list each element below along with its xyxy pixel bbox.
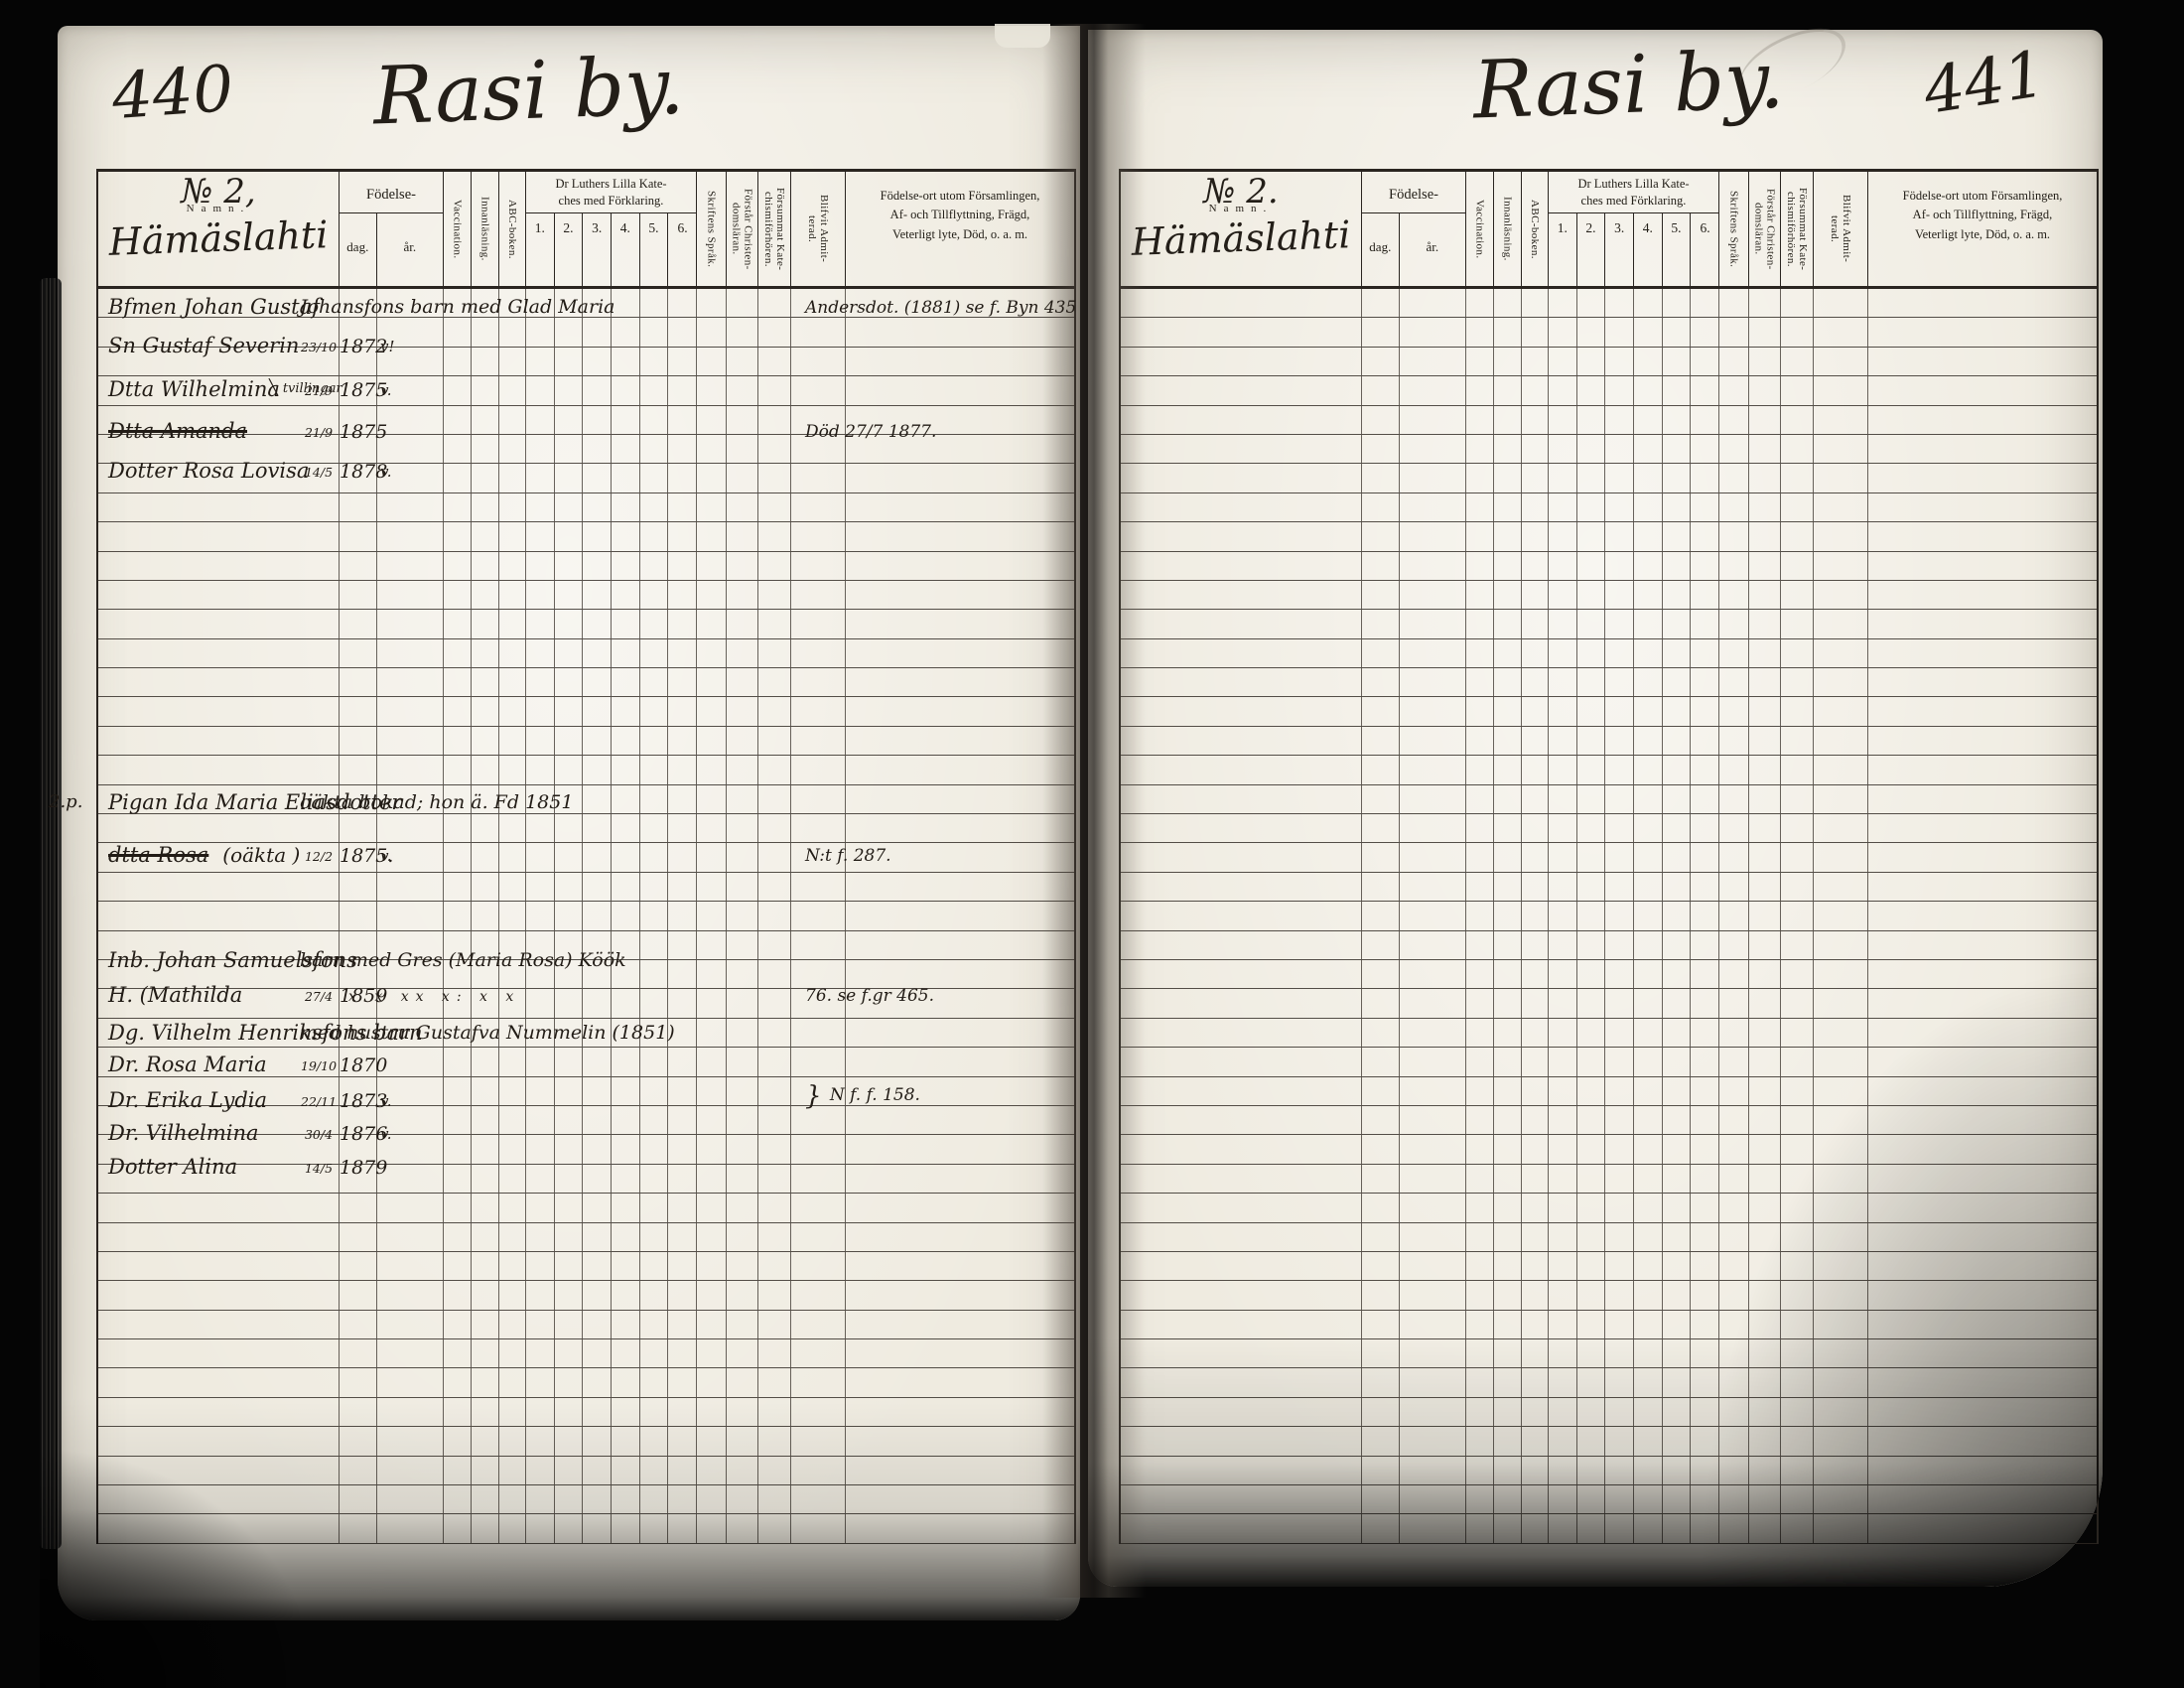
table-cell: [1605, 873, 1634, 901]
table-cell: [583, 1019, 612, 1047]
table-cell: [1522, 406, 1549, 434]
table-cell: [727, 931, 758, 959]
table-cell: [697, 902, 727, 929]
table-cell: [697, 1281, 727, 1309]
table-cell: [444, 639, 472, 667]
table-cell: [612, 697, 640, 725]
kateches-col-5: 5.: [1663, 213, 1692, 286]
table-cell: [444, 522, 472, 550]
table-row: [98, 289, 1074, 318]
table-cell: [727, 1019, 758, 1047]
table-cell: [1121, 785, 1362, 813]
table-cell: [499, 668, 526, 696]
table-cell: [1868, 1252, 2097, 1280]
table-cell: [612, 1485, 640, 1513]
table-cell: [1466, 1019, 1494, 1047]
table-cell: [1605, 376, 1634, 404]
table-cell: [791, 522, 846, 550]
kateches-col-2: 2.: [1577, 213, 1606, 286]
table-cell: [555, 873, 584, 901]
table-cell: [668, 727, 697, 755]
table-cell: [727, 493, 758, 521]
table-cell: [668, 552, 697, 580]
table-cell: [377, 756, 444, 783]
table-cell: [499, 1135, 526, 1163]
table-cell: [1362, 1514, 1400, 1542]
table-cell: [1549, 756, 1577, 783]
table-cell: [1814, 1252, 1868, 1280]
table-cell: [727, 1048, 758, 1075]
table-cell: [526, 1311, 555, 1338]
table-cell: [583, 1281, 612, 1309]
table-cell: [1121, 318, 1362, 346]
table-cell: [1522, 1398, 1549, 1426]
table-cell: [1466, 756, 1494, 783]
table-cell: [697, 435, 727, 463]
table-cell: [526, 902, 555, 929]
table-cell: [697, 581, 727, 609]
table-cell: [1749, 1077, 1781, 1105]
table-cell: [1663, 814, 1692, 842]
table-cell: [340, 1165, 377, 1193]
table-cell: [1549, 1514, 1577, 1542]
table-cell: [1749, 1165, 1781, 1193]
table-cell: [791, 989, 846, 1017]
column-header-vaccination: Vaccination.: [444, 172, 472, 286]
table-cell: [791, 493, 846, 521]
table-cell: [1781, 668, 1814, 696]
table-cell: [526, 376, 555, 404]
table-cell: [1691, 1427, 1719, 1455]
table-cell: [1634, 1485, 1663, 1513]
table-row: [1121, 1485, 2097, 1514]
table-row: [1121, 318, 2097, 347]
table-cell: [1719, 1019, 1749, 1047]
table-cell: [472, 1048, 499, 1075]
table-cell: [1400, 289, 1466, 317]
table-cell: [846, 960, 1074, 988]
table-cell: [98, 435, 340, 463]
table-cell: [727, 1457, 758, 1484]
table-cell: [98, 1427, 340, 1455]
table-cell: [340, 406, 377, 434]
table-cell: [1719, 785, 1749, 813]
table-cell: [1121, 639, 1362, 667]
table-cell: [1691, 843, 1719, 871]
table-cell: [697, 1223, 727, 1251]
table-cell: [340, 1427, 377, 1455]
table-cell: [1605, 1427, 1634, 1455]
table-cell: [758, 1135, 791, 1163]
table-cell: [1781, 289, 1814, 317]
table-row: [1121, 1165, 2097, 1194]
table-cell: [1494, 1457, 1522, 1484]
table-cell: [612, 1106, 640, 1134]
table-cell: [758, 960, 791, 988]
table-cell: [727, 1514, 758, 1542]
table-cell: [377, 639, 444, 667]
table-cell: [1494, 435, 1522, 463]
table-row: [1121, 1457, 2097, 1485]
table-cell: [1400, 1311, 1466, 1338]
table-cell: [1522, 785, 1549, 813]
table-row: [98, 493, 1074, 522]
table-cell: [846, 1485, 1074, 1513]
table-cell: [583, 697, 612, 725]
table-cell: [1577, 756, 1606, 783]
table-cell: [583, 581, 612, 609]
table-cell: [727, 1398, 758, 1426]
table-cell: [697, 1077, 727, 1105]
table-cell: [1719, 814, 1749, 842]
table-cell: [1868, 960, 2097, 988]
table-cell: [1605, 727, 1634, 755]
table-cell: [340, 1223, 377, 1251]
table-row: [1121, 902, 2097, 930]
table-cell: [1605, 1106, 1634, 1134]
table-cell: [1522, 1077, 1549, 1105]
table-cell: [1400, 1252, 1466, 1280]
table-cell: [727, 435, 758, 463]
table-cell: [98, 376, 340, 404]
ar-label: år.: [377, 213, 443, 286]
table-cell: [1605, 610, 1634, 637]
table-cell: [727, 348, 758, 375]
table-cell: [1781, 931, 1814, 959]
table-cell: [1868, 1194, 2097, 1221]
table-cell: [1634, 581, 1663, 609]
table-cell: [555, 1311, 584, 1338]
table-row: [98, 1135, 1074, 1164]
table-cell: [1663, 1019, 1692, 1047]
table-cell: [697, 348, 727, 375]
table-cell: [697, 522, 727, 550]
table-cell: [640, 493, 669, 521]
table-cell: [1494, 1019, 1522, 1047]
table-cell: [1868, 814, 2097, 842]
table-cell: [612, 1368, 640, 1396]
table-cell: [1691, 376, 1719, 404]
table-cell: [526, 493, 555, 521]
table-cell: [1868, 931, 2097, 959]
table-cell: [1691, 318, 1719, 346]
table-cell: [1577, 1368, 1606, 1396]
table-cell: [340, 552, 377, 580]
table-cell: [1466, 318, 1494, 346]
table-cell: [1494, 406, 1522, 434]
table-row: [98, 1019, 1074, 1048]
table-cell: [791, 1194, 846, 1221]
table-cell: [555, 1106, 584, 1134]
table-cell: [791, 1311, 846, 1338]
table-cell: [340, 727, 377, 755]
table-cell: [1719, 1485, 1749, 1513]
column-header-skriftens: Skriftens Språk.: [697, 172, 727, 286]
table-cell: [1719, 435, 1749, 463]
table-cell: [612, 1311, 640, 1338]
table-cell: [1691, 1368, 1719, 1396]
table-cell: [1719, 756, 1749, 783]
table-row: [98, 1194, 1074, 1222]
table-row: [1121, 873, 2097, 902]
table-cell: [1400, 639, 1466, 667]
table-cell: [1362, 727, 1400, 755]
table-cell: [612, 1252, 640, 1280]
table-cell: [1663, 552, 1692, 580]
book-page-right: 441 Rasi by. № 2. Namn. Hämäslahti Födel…: [1088, 30, 2103, 1587]
table-cell: [1522, 902, 1549, 929]
table-cell: [1466, 1165, 1494, 1193]
table-cell: [472, 435, 499, 463]
table-cell: [1494, 1427, 1522, 1455]
table-cell: [340, 318, 377, 346]
table-cell: [640, 552, 669, 580]
table-cell: [1466, 610, 1494, 637]
table-cell: [1634, 1223, 1663, 1251]
table-cell: [1466, 1457, 1494, 1484]
table-row: [1121, 727, 2097, 756]
table-cell: [727, 1165, 758, 1193]
table-cell: [697, 873, 727, 901]
table-cell: [1494, 814, 1522, 842]
table-cell: [1691, 1165, 1719, 1193]
table-cell: [1719, 873, 1749, 901]
table-cell: [1605, 581, 1634, 609]
table-cell: [583, 522, 612, 550]
table-cell: [1121, 989, 1362, 1017]
table-cell: [1749, 1281, 1781, 1309]
table-cell: [1494, 376, 1522, 404]
table-cell: [555, 1252, 584, 1280]
table-cell: [727, 1281, 758, 1309]
table-cell: [1814, 814, 1868, 842]
table-cell: [1814, 1048, 1868, 1075]
table-cell: [555, 697, 584, 725]
table-row: [1121, 406, 2097, 435]
table-cell: [697, 318, 727, 346]
table-cell: [98, 1398, 340, 1426]
table-cell: [1634, 668, 1663, 696]
table-cell: [340, 931, 377, 959]
table-cell: [640, 902, 669, 929]
table-cell: [846, 727, 1074, 755]
table-cell: [758, 1194, 791, 1221]
table-cell: [1634, 610, 1663, 637]
table-cell: [526, 1165, 555, 1193]
table-cell: [444, 1398, 472, 1426]
table-cell: [1691, 785, 1719, 813]
table-cell: [1691, 1252, 1719, 1280]
table-cell: [1522, 1019, 1549, 1047]
table-cell: [1522, 581, 1549, 609]
table-cell: [340, 639, 377, 667]
table-cell: [1400, 1077, 1466, 1105]
kateches-label: Dr Luthers Lilla Kate- ches med Förklari…: [1549, 172, 1718, 213]
table-row: [98, 1165, 1074, 1194]
table-cell: [98, 406, 340, 434]
table-cell: [1868, 668, 2097, 696]
table-cell: [640, 1457, 669, 1484]
table-cell: [98, 610, 340, 637]
table-cell: [668, 610, 697, 637]
table-cell: [472, 1252, 499, 1280]
table-cell: [1121, 552, 1362, 580]
table-cell: [472, 1311, 499, 1338]
table-cell: [98, 668, 340, 696]
table-cell: [444, 1165, 472, 1193]
table-cell: [555, 785, 584, 813]
table-cell: [1691, 960, 1719, 988]
table-cell: [555, 493, 584, 521]
table-cell: [727, 610, 758, 637]
table-cell: [846, 1106, 1074, 1134]
table-cell: [668, 1048, 697, 1075]
table-cell: [472, 756, 499, 783]
table-cell: [1549, 931, 1577, 959]
table-cell: [98, 1368, 340, 1396]
table-cell: [640, 1223, 669, 1251]
table-cell: [668, 668, 697, 696]
table-cell: [377, 843, 444, 871]
table-cell: [758, 756, 791, 783]
table-cell: [791, 376, 846, 404]
table-row: [1121, 464, 2097, 492]
table-cell: [1781, 814, 1814, 842]
table-cell: [1577, 1281, 1606, 1309]
table-cell: [1814, 1019, 1868, 1047]
table-cell: [526, 1252, 555, 1280]
table-cell: [640, 1427, 669, 1455]
table-cell: [758, 406, 791, 434]
table-cell: [1814, 1106, 1868, 1134]
table-cell: [791, 814, 846, 842]
table-cell: [444, 697, 472, 725]
table-cell: [668, 902, 697, 929]
table-cell: [1362, 668, 1400, 696]
table-row: [1121, 1398, 2097, 1427]
table-cell: [1400, 697, 1466, 725]
table-cell: [377, 1311, 444, 1338]
table-cell: [1781, 1252, 1814, 1280]
table-cell: [1814, 1485, 1868, 1513]
table-cell: [1749, 1106, 1781, 1134]
table-cell: [1634, 989, 1663, 1017]
table-row: [1121, 348, 2097, 376]
table-cell: [1494, 697, 1522, 725]
table-cell: [1577, 376, 1606, 404]
table-cell: [1549, 1485, 1577, 1513]
table-cell: [758, 843, 791, 871]
table-cell: [377, 931, 444, 959]
table-cell: [846, 435, 1074, 463]
table-cell: [1466, 464, 1494, 492]
table-cell: [846, 493, 1074, 521]
table-cell: [1466, 639, 1494, 667]
table-cell: [727, 1339, 758, 1367]
table-cell: [1605, 1281, 1634, 1309]
table-cell: [1400, 1135, 1466, 1163]
table-cell: [472, 639, 499, 667]
table-cell: [555, 1077, 584, 1105]
table-cell: [1362, 1339, 1400, 1367]
table-cell: [1400, 318, 1466, 346]
table-cell: [791, 668, 846, 696]
table-cell: [340, 1106, 377, 1134]
table-row: [1121, 1427, 2097, 1456]
table-cell: [377, 1048, 444, 1075]
table-cell: [1634, 406, 1663, 434]
table-row: [1121, 1019, 2097, 1048]
table-cell: [377, 493, 444, 521]
table-cell: [340, 785, 377, 813]
table-cell: [1719, 989, 1749, 1017]
table-cell: [697, 289, 727, 317]
table-cell: [526, 843, 555, 871]
table-cell: [1634, 464, 1663, 492]
table-cell: [697, 1311, 727, 1338]
kateches-col-3: 3.: [583, 213, 612, 286]
table-cell: [1663, 1106, 1692, 1134]
table-cell: [1814, 1135, 1868, 1163]
table-cell: [727, 668, 758, 696]
table-cell: [1362, 1252, 1400, 1280]
table-cell: [472, 1194, 499, 1221]
table-cell: [444, 552, 472, 580]
table-cell: [791, 1106, 846, 1134]
table-cell: [1121, 756, 1362, 783]
table-cell: [1362, 376, 1400, 404]
table-cell: [1719, 289, 1749, 317]
table-row: [98, 522, 1074, 551]
table-cell: [1400, 348, 1466, 375]
table-cell: [1549, 493, 1577, 521]
table-cell: [1719, 843, 1749, 871]
table-cell: [1400, 1368, 1466, 1396]
table-cell: [583, 348, 612, 375]
table-cell: [758, 1339, 791, 1367]
table-cell: [1522, 1048, 1549, 1075]
table-cell: [583, 785, 612, 813]
table-cell: [472, 668, 499, 696]
table-cell: [1691, 406, 1719, 434]
table-cell: [1362, 406, 1400, 434]
table-cell: [758, 376, 791, 404]
table-cell: [526, 348, 555, 375]
table-cell: [1605, 989, 1634, 1017]
table-cell: [612, 785, 640, 813]
table-cell: [1494, 843, 1522, 871]
record-table: № 2, Namn. Hämäslahti Födelse- dag. år. …: [96, 169, 1076, 1544]
table-cell: [1781, 552, 1814, 580]
table-cell: [846, 1339, 1074, 1367]
table-cell: [444, 989, 472, 1017]
table-cell: [1549, 1339, 1577, 1367]
kateches-col-2: 2.: [555, 213, 584, 286]
column-header-innanlasning: Innanläsning.: [472, 172, 499, 286]
table-cell: [791, 639, 846, 667]
column-header-innanlasning: Innanläsning.: [1494, 172, 1522, 286]
table-cell: [640, 873, 669, 901]
table-cell: [1494, 1281, 1522, 1309]
table-cell: [1719, 1077, 1749, 1105]
table-cell: [1663, 931, 1692, 959]
table-cell: [98, 639, 340, 667]
table-cell: [583, 814, 612, 842]
table-cell: [526, 464, 555, 492]
table-cell: [612, 1281, 640, 1309]
table-cell: [499, 289, 526, 317]
table-cell: [98, 1019, 340, 1047]
